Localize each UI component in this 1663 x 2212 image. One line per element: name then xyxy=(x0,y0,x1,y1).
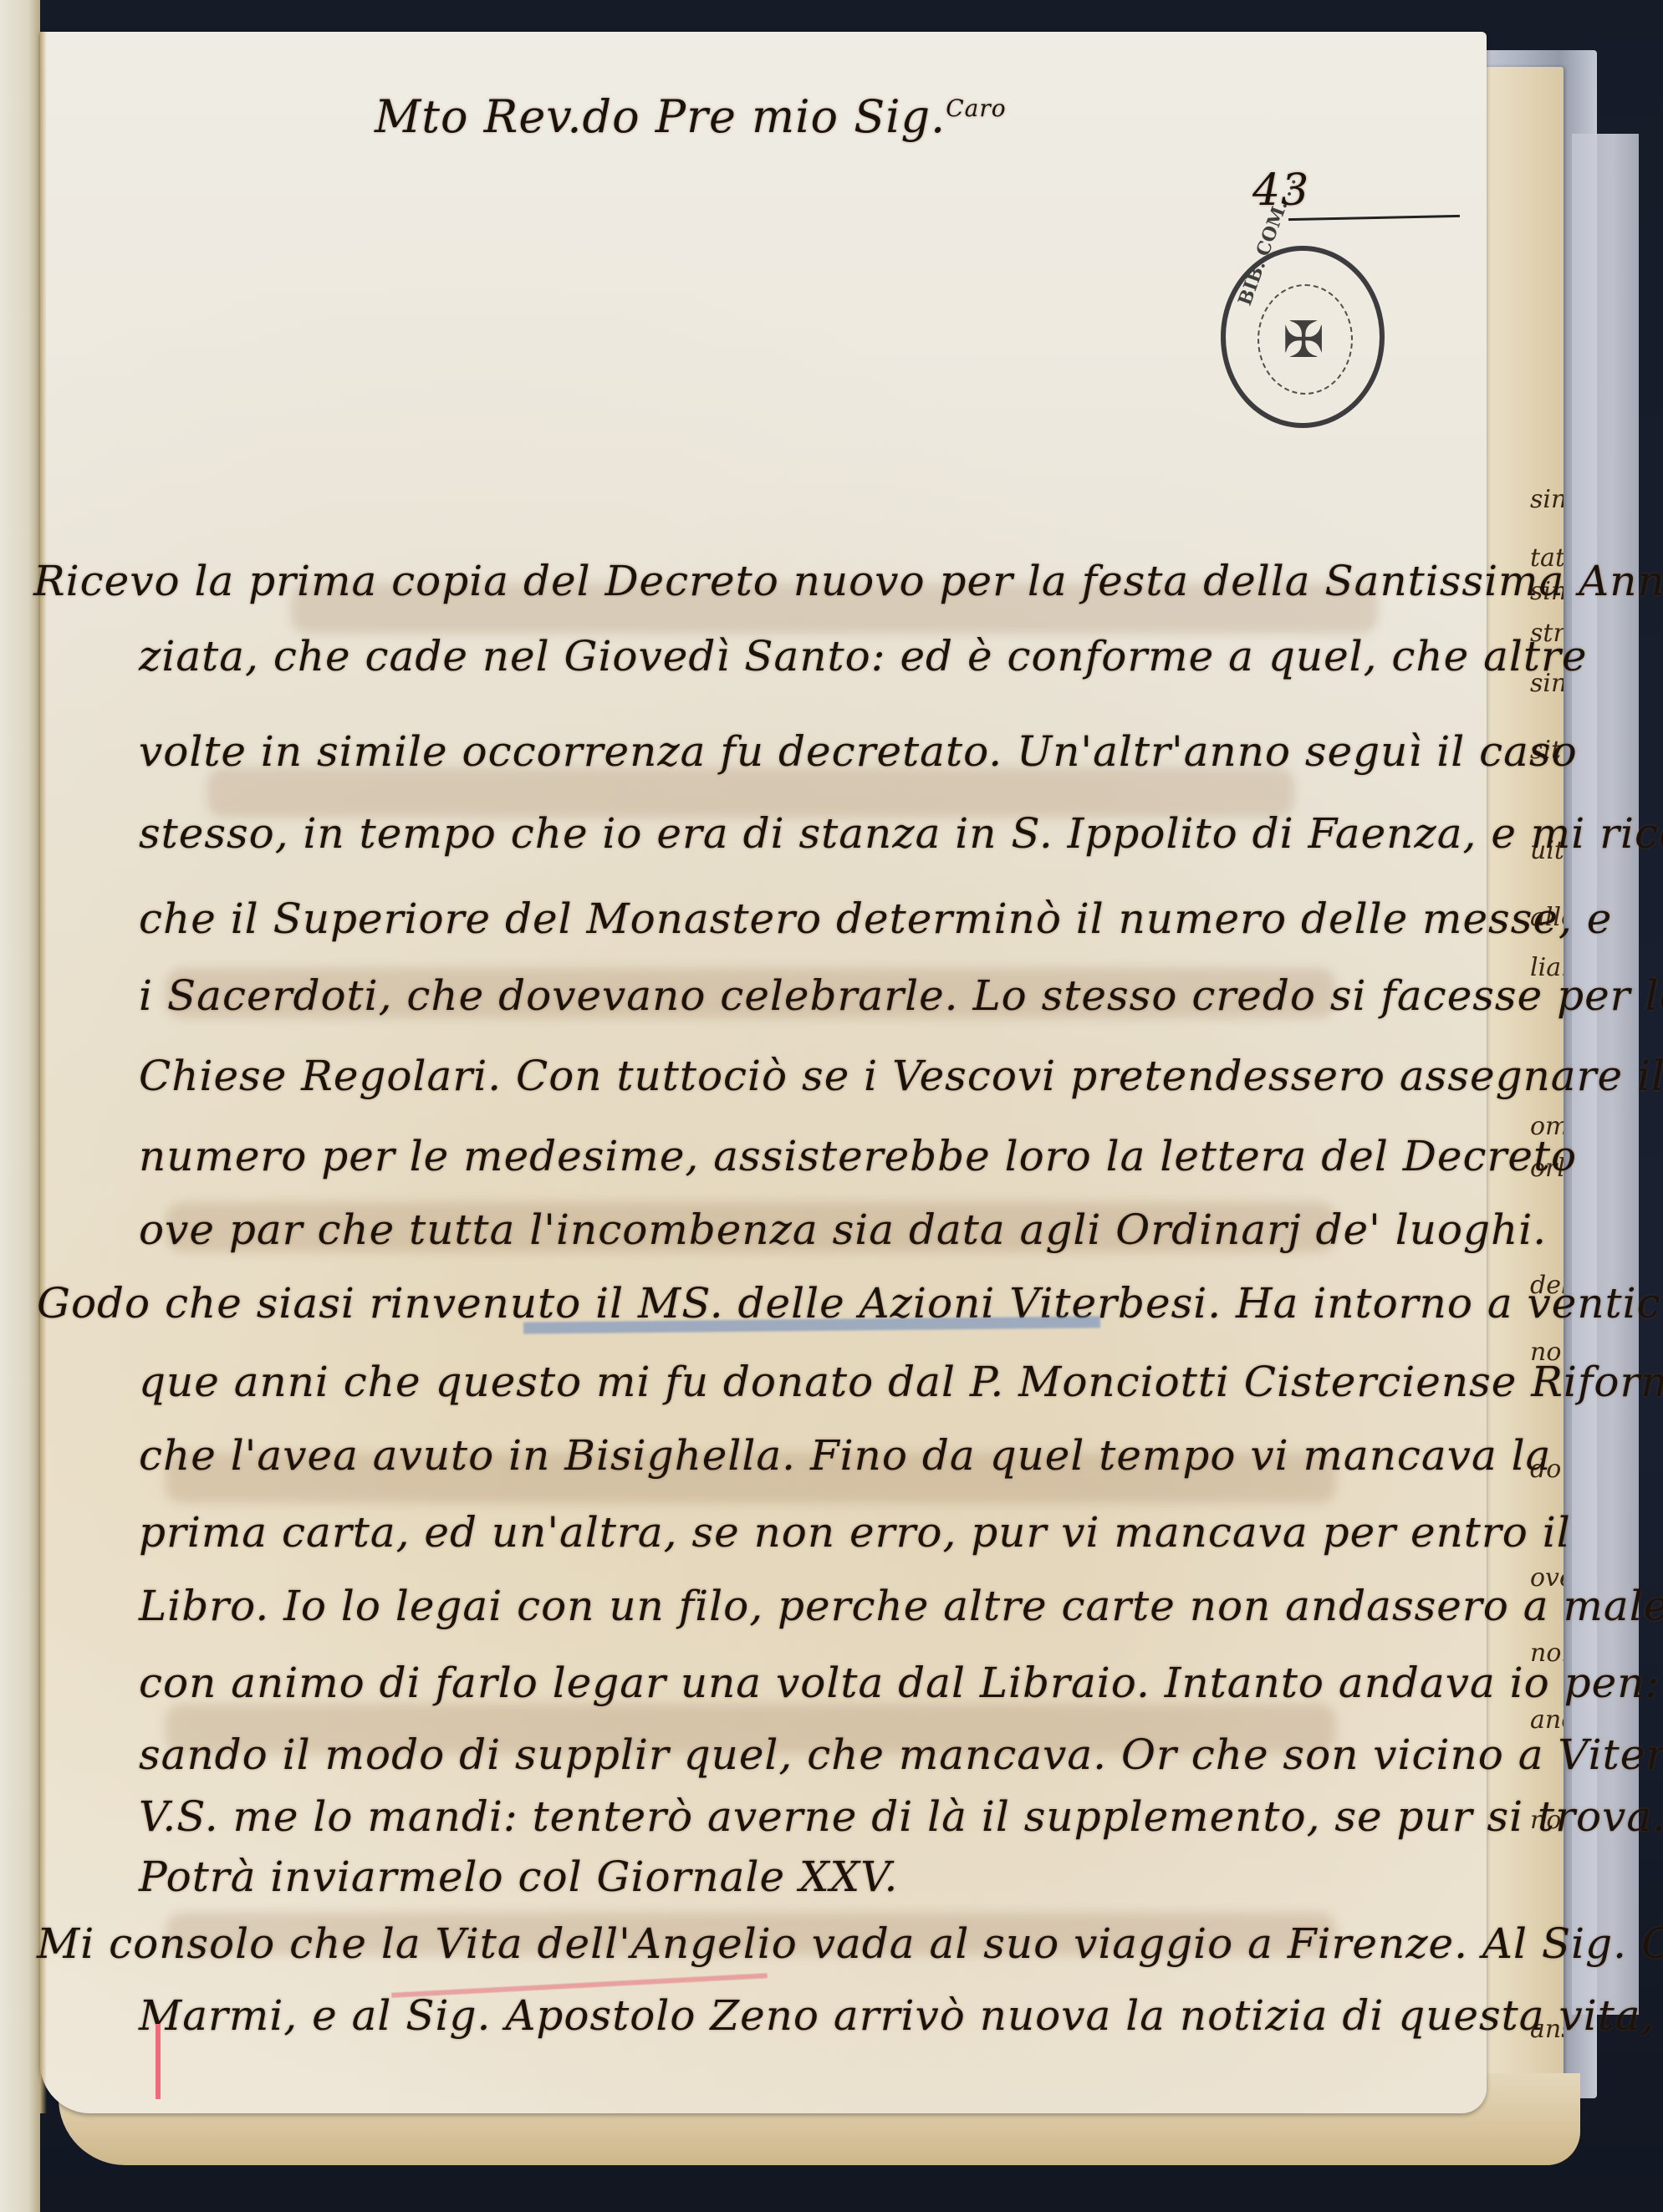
letter-line: Libro. Io lo legai con un filo, perche a… xyxy=(139,1585,1663,1627)
letter-line: con animo di farlo legar una volta dal L… xyxy=(139,1662,1660,1704)
letter-line: Chiese Regolari. Con tuttociò se i Vesco… xyxy=(139,1055,1663,1097)
letter-line: stesso, in tempo che io era di stanza in… xyxy=(139,813,1663,854)
letter-line: i Sacerdoti, che dovevano celebrarle. Lo… xyxy=(139,975,1663,1017)
letter-line: ziata, che cade nel Giovedì Santo: ed è … xyxy=(139,635,1588,677)
manuscript-scan: sin tat: sino stri sino sit uit: alle li… xyxy=(0,0,1663,2212)
letter-line: prima carta, ed un'altra, se non erro, p… xyxy=(139,1511,1571,1553)
letter-line: volte in simile occorrenza fu decretato.… xyxy=(139,731,1578,772)
red-margin-mark xyxy=(156,2024,161,2099)
manuscript-leaf: Mto Rev.do Pre mio Sig.Caro 43 ✠ BIB. CO… xyxy=(40,32,1487,2113)
letter-line: Mi consolo che la Vita dell'Angelio vada… xyxy=(37,1923,1663,1965)
letter-line: V.S. me lo mandi: tenterò averne di là i… xyxy=(139,1796,1663,1837)
folio-underline xyxy=(1288,215,1460,221)
letter-line: que anni che questo mi fu donato dal P. … xyxy=(139,1361,1663,1403)
letter-line: numero per le medesime, assisterebbe lor… xyxy=(139,1135,1577,1177)
letter-line: che l'avea avuto in Bisighella. Fino da … xyxy=(139,1435,1551,1476)
letter-line: Marmi, e al Sig. Apostolo Zeno arrivò nu… xyxy=(139,1995,1655,2036)
letter-line: Potrà inviarmelo col Giornale XXV. xyxy=(139,1856,898,1898)
salutation-text: Mto Rev.do Pre mio Sig. xyxy=(375,90,946,143)
letter-line: che il Superiore del Monastero determinò… xyxy=(139,898,1612,940)
facing-page-edge xyxy=(0,0,40,2212)
salutation-superscript: Caro xyxy=(946,94,1006,122)
letter-line: ove par che tutta l'incombenza sia data … xyxy=(139,1209,1547,1251)
letter-line: Ricevo la prima copia del Decreto nuovo … xyxy=(33,560,1663,602)
underlying-leaf-fragment: sin xyxy=(1530,485,1564,514)
letter-line: sando il modo di supplir quel, che manca… xyxy=(139,1734,1663,1776)
salutation: Mto Rev.do Pre mio Sig.Caro xyxy=(375,90,1007,143)
library-stamp: ✠ BIB. COM. ... xyxy=(1221,246,1385,428)
letter-line: Godo che siasi rinvenuto il MS. delle Az… xyxy=(37,1282,1663,1324)
eagle-emblem-icon: ✠ xyxy=(1274,311,1333,370)
